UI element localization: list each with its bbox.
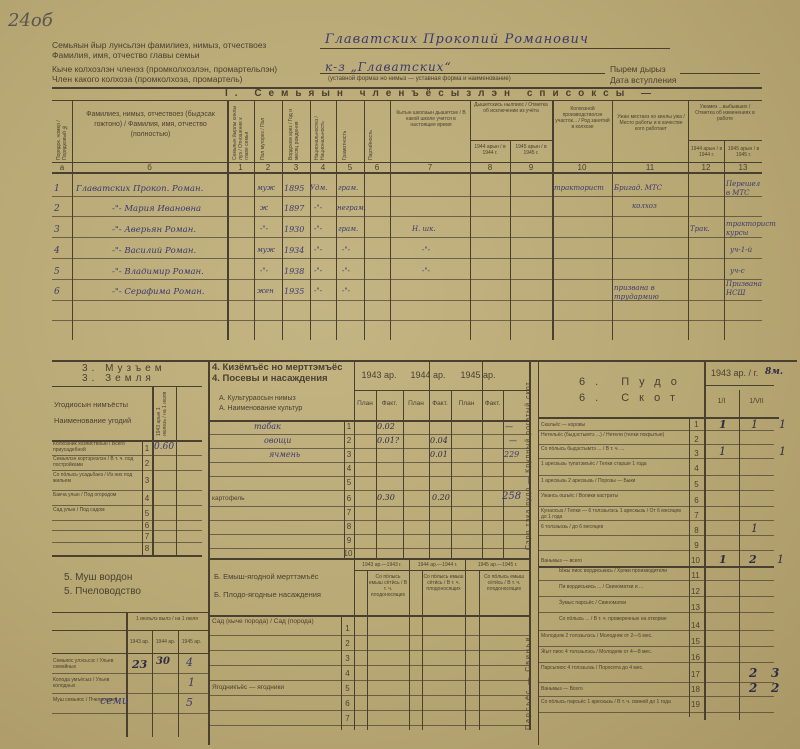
cattle-side-label: Сэро тэка пудо — Крупный рогатый скот xyxy=(526,380,532,550)
row-num: 4 xyxy=(142,494,152,503)
col-num: 13 xyxy=(724,163,762,172)
col-num: 11 xyxy=(612,163,688,172)
plan-header: План xyxy=(451,400,482,407)
row-num: 7 xyxy=(689,511,704,520)
head-underline xyxy=(320,48,670,49)
livestock-value: 2 xyxy=(749,681,757,695)
livestock-table: 6. Пудо 6. Скот 1943 ар. / г. 8м. 1/I 1/… xyxy=(539,360,797,745)
land-table: 3. Музъем 3. Земля Угодиосын нимъёсты На… xyxy=(52,360,202,555)
row-num: 17 xyxy=(687,670,704,679)
row-num: 3 xyxy=(344,450,354,459)
row-num: 2 xyxy=(344,436,354,445)
col-header-12: 1944 арын / в 1944 г. xyxy=(690,146,723,158)
beekeeping-table: 5. Муш вордон 5. Пчеловодство 1 июльлэ в… xyxy=(52,560,208,740)
year-1944: 1944 ар. xyxy=(405,370,451,380)
section4-title-udm: 4. Кизёмъёс но мерттэмъёс xyxy=(212,362,342,373)
fruit-table: Б. Емыш-ягодной мерттэмъёс Б. Плодо-ягод… xyxy=(209,560,531,735)
livestock-value: 1 xyxy=(719,553,727,566)
col-num: 1 xyxy=(227,163,254,172)
col-header-6: Партийность xyxy=(368,104,374,160)
col-num: 10 xyxy=(552,163,612,172)
entry-underline xyxy=(680,73,760,74)
crop-value: 0.01 xyxy=(430,450,448,459)
livestock-value: 1 xyxy=(751,522,758,535)
row-num: 6 xyxy=(142,521,152,530)
land-row-label: Со пӧлысь усадьбаез / Из них под жильем xyxy=(53,472,141,484)
livestock-row-label: Ыжы пиос вордиськись / Хряки производите… xyxy=(559,568,687,574)
bee-row-label: Семьяос улэсьсэс / Ульев семейных xyxy=(53,658,125,670)
crop-value: 0.30 xyxy=(377,493,395,502)
col-num: а xyxy=(52,163,72,172)
col-num: 3 xyxy=(282,163,310,172)
bee-value: 1 xyxy=(188,676,195,689)
bee-value: 5 xyxy=(186,696,193,709)
sub-head: Со пӧлысь емыш сётӥсь / В т. ч. плодонос… xyxy=(423,574,464,592)
row-num: 1 xyxy=(142,444,152,453)
fact-header: Факт. xyxy=(482,400,503,407)
row-num: 3 xyxy=(341,654,354,663)
col-head: 1 июльлэ вылэ / на 1 июля xyxy=(128,616,206,622)
row-num: 14 xyxy=(687,621,704,630)
crops-table: 4. Кизёмъёс но мерттэмъёс 4. Посевы и на… xyxy=(209,360,531,560)
livestock-value: 2 xyxy=(771,681,779,695)
year-head: 1944 ар. xyxy=(153,639,178,645)
livestock-row-label: 1 арескызь 2 арескызь / Порозы — Быки xyxy=(541,478,686,484)
section6-title-ru: 6. Скот xyxy=(579,392,685,404)
livestock-row-label: Молодняк 2 толэзьлэсь / Молодняк от 2—5 … xyxy=(541,633,686,639)
col-header-5: Грамотность xyxy=(342,104,348,160)
row-num: 11 xyxy=(687,571,704,580)
head-label-ru: Фамилия, имя, отчество главы семьи xyxy=(52,50,372,60)
crop-value: 0.01? xyxy=(377,436,399,445)
plan-header: План xyxy=(403,400,429,407)
col-num: 8 xyxy=(470,163,510,172)
livestock-value: 1 xyxy=(751,418,758,431)
livestock-row-label: Ӟумыс парсьёс / Свиноматки xyxy=(559,600,687,606)
year-1943: 1943 ар. xyxy=(356,370,402,380)
bee-row-label: Колода умъёсыз / Ульев колодных xyxy=(53,677,125,689)
section-b-title-ru: Б. Плодо-ягодные насаждения xyxy=(214,590,321,599)
section3-head-ru: Наименование угодий xyxy=(54,416,131,425)
col-header-11: Ужан местаез но кинлы ужа / Место работы… xyxy=(615,114,687,132)
livestock-value: 1 xyxy=(719,445,726,458)
crop-value: — xyxy=(509,436,517,445)
col-num: 2 xyxy=(254,163,282,172)
land-total-value: 0.60 xyxy=(154,442,174,452)
crop-name: картофель xyxy=(212,495,245,502)
land-row-label: Бакча улын / Под огородом xyxy=(53,492,141,498)
crop-value: 229 xyxy=(504,450,519,459)
col-header-13: 1945 арын / в 1945 г. xyxy=(726,146,761,158)
col-header-a: Порядок. номер / Порядковый № xyxy=(56,106,68,160)
row-num: 9 xyxy=(689,541,704,550)
entry-label-ru: Дата вступления xyxy=(610,75,676,85)
fact-header: Факт. xyxy=(429,400,451,407)
livestock-row-label: 6 толэзьозь / до 6 месяцев xyxy=(541,524,686,530)
sub-head: Со пӧлысь емыш сётӥсь / В т. ч. плодонос… xyxy=(480,574,528,592)
row-num: 19 xyxy=(687,700,704,709)
row-num: 5 xyxy=(344,478,354,487)
row-num: 8 xyxy=(142,544,152,553)
row-num: 2 xyxy=(341,639,354,648)
row-num: 4 xyxy=(341,669,354,678)
crop-value: 0.02 xyxy=(377,422,395,431)
col-header-8: 1944 арын / в 1944 г. xyxy=(472,144,508,156)
col-header-7: Кытын школаын дышетске / В какой школе у… xyxy=(394,110,468,128)
col-head-1-jan: 1/I xyxy=(704,398,739,405)
livestock-row-label: Скальёс — коровы xyxy=(541,422,686,428)
section6-title-udm: 6. Пудо xyxy=(579,376,687,388)
col-num: 7 xyxy=(390,163,470,172)
year-head: 1943 ар. xyxy=(127,639,152,645)
livestock-row-label: Пи вордиськись ... / Свиноматки и ... xyxy=(559,584,687,590)
year-head: 1944 ар.—1944 г. xyxy=(410,562,465,568)
kolkhoz-underline xyxy=(320,73,605,74)
kolkhoz-value: к-з „Главатских“ xyxy=(325,60,452,74)
row-num: 6 xyxy=(689,496,704,505)
sub-head: Со пӧлысь емыш сётӥсь / В т. ч. плодонос… xyxy=(368,574,408,598)
family-member-rows: 1 Главатских Прокоп. Роман. муж 1895 Удм… xyxy=(52,180,800,310)
row-num: 10 xyxy=(687,556,704,565)
year-1945: 1945 ар. xyxy=(455,370,501,380)
livestock-row-label: Ӝыт пиос 4 толэзьлэсь / Молодняк от 4—8 … xyxy=(541,649,686,655)
crop-name: табак xyxy=(254,422,281,431)
livestock-value: 2 xyxy=(749,553,757,566)
crop-value: 0.04 xyxy=(430,436,448,445)
row-num: 10 xyxy=(342,549,354,558)
col-header-3: Вордскем арез / Год и месяц рождения xyxy=(288,104,300,160)
row-num: 7 xyxy=(344,508,354,517)
livestock-value: 2 xyxy=(749,666,757,680)
row-num: 5 xyxy=(689,480,704,489)
row-num: 9 xyxy=(344,536,354,545)
row-num: 2 xyxy=(142,459,152,468)
fruit-row-label: Сад (кыче порода) / Сад (порода) xyxy=(212,618,332,626)
archive-household-register-page: 24об Семьяын йыр лунсьлэн фамилиез, нимы… xyxy=(0,0,800,749)
col-head-1-jul: 1/VII xyxy=(739,398,774,405)
land-row-label: Сад улын / Под садом xyxy=(53,507,141,513)
crop-value: — xyxy=(505,422,513,431)
bee-value: семи xyxy=(100,694,129,707)
row-num: 18 xyxy=(687,685,704,694)
col-num: 12 xyxy=(688,163,724,172)
col-header-4: Национальностез / Национальность xyxy=(314,104,326,160)
livestock-row-label: Нетельёс (быдэстымтэ ...) / Нетели (телк… xyxy=(541,432,686,438)
row-num: 6 xyxy=(344,494,354,503)
col-header-10: Колхозной производстволэн участок... / Р… xyxy=(555,106,610,130)
year-head: 1945 ар. xyxy=(179,639,204,645)
head-value: Главатских Прокопий Романович xyxy=(325,32,589,47)
land-row-label: Колхозник хозяйствоын / Всего приусадебн… xyxy=(53,441,141,453)
row-num: 16 xyxy=(687,653,704,662)
row-num: 1 xyxy=(689,420,704,429)
row-num: 12 xyxy=(687,587,704,596)
bee-value: 4 xyxy=(186,656,193,669)
livestock-row-label: Ваньмыз — Всего xyxy=(541,686,686,692)
livestock-row-label: Парсьпиос 4 толэзьозь / Поросята до 4 ме… xyxy=(541,665,686,671)
kolkhoz-label-ru: Член какого колхоза (промколхоза, промар… xyxy=(52,74,372,84)
section4-sub-ru: А. Наименование культур xyxy=(219,405,302,412)
livestock-year: 1943 ар. / г. xyxy=(711,368,758,378)
section-b-title-udm: Б. Емыш-ягодной мерттэмъёс xyxy=(214,572,319,581)
row-num: 3 xyxy=(142,476,152,485)
row-num: 6 xyxy=(341,699,354,708)
plan-header: План xyxy=(354,400,376,407)
section3-col-head: 1943 арын 1 июлезь / на 1 июля xyxy=(156,390,168,436)
livestock-value: 3 xyxy=(771,666,779,680)
livestock-value: 1 xyxy=(779,445,786,458)
bee-value: 30 xyxy=(156,656,170,667)
row-num: 5 xyxy=(341,684,354,693)
row-num: 8 xyxy=(689,526,704,535)
year-head: 1943 ар.—1943 г. xyxy=(355,562,409,568)
row-num: 7 xyxy=(142,532,152,541)
livestock-row-label: Со пӧлысь быдэстымтэ ... / В т. ч. ... xyxy=(541,446,686,452)
crop-value: 258 xyxy=(502,491,521,502)
livestock-row-label: 1 арескызь тупатэмъёс / Телки старше 1 г… xyxy=(541,461,686,467)
livestock-row-label: Ужансь ошъёс / Волики кастраты xyxy=(541,493,686,499)
row-num: 4 xyxy=(344,464,354,473)
livestock-value: 1 xyxy=(777,553,784,566)
livestock-year-note: 8м. xyxy=(765,367,783,377)
col-num: 9 xyxy=(510,163,552,172)
bee-value: 23 xyxy=(132,658,147,671)
row-num: 5 xyxy=(142,509,152,518)
sheet-number: 24об xyxy=(8,10,53,31)
kolkhoz-note: (уставной формаз но нимыз — уставная фор… xyxy=(328,76,511,82)
col-header-2: Пол мугорез / Пол xyxy=(260,104,266,160)
fruit-row-label: Ягодникъёс — ягодники xyxy=(212,684,284,691)
fact-header: Факт. xyxy=(376,400,403,407)
col-header-8-9-group: Дышетскись нылпиос / Отметка об исключен… xyxy=(472,102,550,114)
col-header-9: 1945 арын / в 1945 г. xyxy=(512,144,550,156)
land-row-label: Семьялэн кортэрезлэн / В т. ч. под постр… xyxy=(53,456,141,468)
col-header-b: Фамилиез, нимыз, отчествоез (быдэсак гож… xyxy=(78,110,223,140)
livestock-row-label: Со пӧлысь парсьёс 1 арескызь / В т. ч. с… xyxy=(541,699,686,705)
livestock-row-label: Ваньмыз — всего xyxy=(541,558,686,564)
year-head: 1945 ар.—1945 г. xyxy=(466,562,529,568)
row-num: 1 xyxy=(344,422,354,431)
section1-title: I. Семьяын членъёсызлэн списоксы — xyxy=(225,88,658,99)
row-num: 15 xyxy=(687,637,704,646)
section5-title-ru: 5. Пчеловодство xyxy=(64,586,141,597)
crop-value: 0.20 xyxy=(432,493,450,502)
section3-head-udm: Угодиосын нимъёсты xyxy=(54,400,128,409)
row-num: 7 xyxy=(341,714,354,723)
section5-title-udm: 5. Муш вордон xyxy=(64,572,132,583)
section3-title-ru: 3. Земля xyxy=(82,373,155,384)
livestock-value: 1 xyxy=(719,418,727,431)
livestock-row-label: Со пӧлысь ... / В т. ч. проверенные на о… xyxy=(559,616,687,622)
row-num: 2 xyxy=(689,435,704,444)
col-num: 5 xyxy=(336,163,364,172)
livestock-value: 1 xyxy=(779,418,786,431)
row-num: 1 xyxy=(341,624,354,633)
entry-label-udm: Пырем дырыз xyxy=(610,64,666,74)
section4-sub-udm: А. Культураосын нимыз xyxy=(219,395,296,402)
row-num: 8 xyxy=(344,522,354,531)
row-num: 3 xyxy=(689,449,704,458)
section4-title-ru: 4. Посевы и насаждения xyxy=(212,373,328,384)
col-header-12-13-group: Ужамез ...выбывших / Отметка об изменени… xyxy=(690,104,760,122)
crop-name: овощи xyxy=(264,436,291,445)
col-header-1: Семьяын йырлы кинлы луэ / Отношение к гл… xyxy=(232,104,250,160)
row-num: 4 xyxy=(689,464,704,473)
col-num: 4 xyxy=(310,163,336,172)
crop-name: ячмень xyxy=(269,450,300,459)
row-num: 13 xyxy=(687,603,704,612)
col-num: 6 xyxy=(364,163,390,172)
livestock-row-label: Кунаосыз / Телки — 6 толэзьлэсь 1 арескы… xyxy=(541,508,686,520)
col-num: б xyxy=(72,163,227,172)
